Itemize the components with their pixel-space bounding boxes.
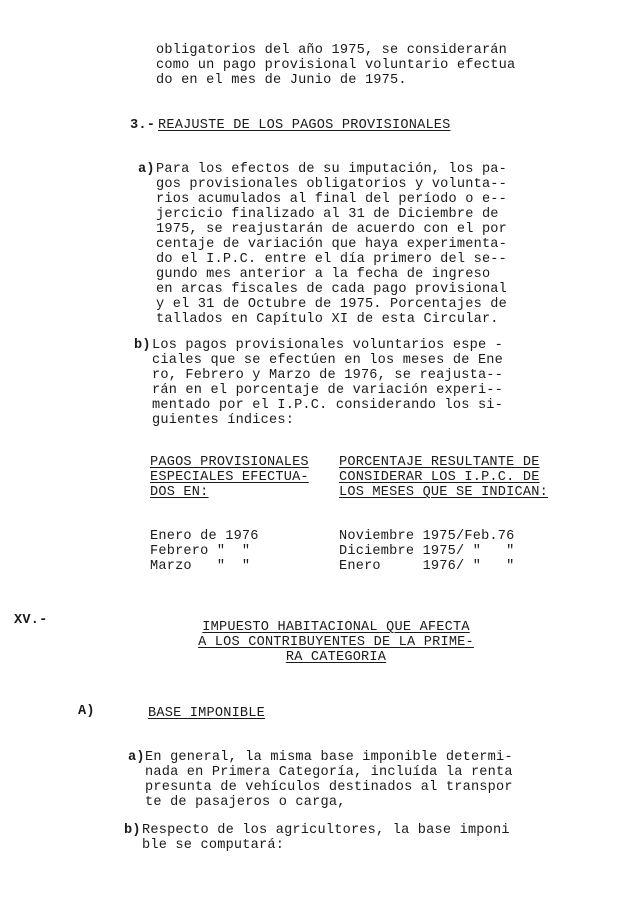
text-line: obligatorios del año 1975, se considerar…	[156, 43, 515, 58]
item-b-paragraph: Los pagos provisionales voluntarios espe…	[152, 338, 503, 428]
text-line: En general, la misma base imponible dete…	[145, 750, 513, 765]
text-line: rán en el porcentaje de variación experi…	[152, 383, 503, 398]
header-line: CONSIDERAR LOS I.P.C. DE	[339, 470, 548, 485]
text-line: ro, Febrero y Marzo de 1976, se reajusta…	[152, 368, 503, 383]
text-line: Respecto de los agricultores, la base im…	[142, 823, 510, 838]
text-line: Los pagos provisionales voluntarios espe…	[152, 338, 503, 353]
table-cell: Noviembre 1975/Feb.76	[339, 529, 515, 544]
table-header-left: PAGOS PROVISIONALES ESPECIALES EFECTUA- …	[150, 455, 309, 500]
title-line: IMPUESTO HABITACIONAL QUE AFECTA	[194, 620, 478, 635]
text-line: rios acumulados al final del período o e…	[156, 192, 507, 207]
section-xv-number: XV.-	[14, 613, 47, 628]
text-line: do el I.P.C. entre el día primero del se…	[156, 252, 507, 267]
text-line: do en el mes de Junio de 1975.	[156, 73, 515, 88]
continuation-paragraph: obligatorios del año 1975, se considerar…	[156, 43, 515, 88]
base-item-a-marker: a)	[128, 750, 145, 765]
table-cell: Enero 1976/ " "	[339, 559, 515, 574]
text-line: en arcas fiscales de cada pago provision…	[156, 282, 507, 297]
subsection-a-marker: A)	[78, 704, 95, 719]
section-3-number: 3.-	[130, 118, 155, 133]
text-line: te de pasajeros o carga,	[145, 795, 513, 810]
table-column-left: Enero de 1976 Febrero " " Marzo " "	[150, 529, 259, 574]
text-line: ciales que se efectúen en los meses de E…	[152, 353, 503, 368]
text-line: centaje de variación que haya experiment…	[156, 237, 507, 252]
header-line: PORCENTAJE RESULTANTE DE	[339, 455, 548, 470]
text-line: nada en Primera Categoría, incluída la r…	[145, 765, 513, 780]
table-cell: Diciembre 1975/ " "	[339, 544, 515, 559]
text-line: jercicio finalizado al 31 de Diciembre d…	[156, 207, 507, 222]
table-column-right: Noviembre 1975/Feb.76 Diciembre 1975/ " …	[339, 529, 515, 574]
subsection-a-title: BASE IMPONIBLE	[148, 706, 265, 721]
header-line: LOS MESES QUE SE INDICAN:	[339, 485, 548, 500]
item-b-marker: b)	[134, 338, 151, 353]
title-line: RA CATEGORIA	[194, 650, 478, 665]
table-header-right: PORCENTAJE RESULTANTE DE CONSIDERAR LOS …	[339, 455, 548, 500]
table-cell: Febrero " "	[150, 544, 259, 559]
section-xv-title: IMPUESTO HABITACIONAL QUE AFECTA A LOS C…	[194, 620, 478, 665]
text-line: Para los efectos de su imputación, los p…	[156, 162, 507, 177]
base-item-b-paragraph: Respecto de los agricultores, la base im…	[142, 823, 510, 853]
text-line: presunta de vehículos destinados al tran…	[145, 780, 513, 795]
header-line: ESPECIALES EFECTUA-	[150, 470, 309, 485]
item-a-paragraph: Para los efectos de su imputación, los p…	[156, 162, 507, 327]
header-line: PAGOS PROVISIONALES	[150, 455, 309, 470]
table-cell: Enero de 1976	[150, 529, 259, 544]
text-line: 1975, se reajustarán de acuerdo con el p…	[156, 222, 507, 237]
text-line: gundo mes anterior a la fecha de ingreso	[156, 267, 507, 282]
section-3-title: REAJUSTE DE LOS PAGOS PROVISIONALES	[158, 118, 451, 133]
text-line: ble se computará:	[142, 838, 510, 853]
text-line: como un pago provisional voluntario efec…	[156, 58, 515, 73]
text-line: guientes índices:	[152, 413, 503, 428]
text-line: y el 31 de Octubre de 1975. Porcentajes …	[156, 297, 507, 312]
base-item-b-marker: b)	[124, 823, 141, 838]
header-line: DOS EN:	[150, 485, 309, 500]
text-line: gos provisionales obligatorios y volunta…	[156, 177, 507, 192]
item-a-marker: a)	[138, 162, 155, 177]
table-cell: Marzo " "	[150, 559, 259, 574]
text-line: mentado por el I.P.C. considerando los s…	[152, 398, 503, 413]
title-line: A LOS CONTRIBUYENTES DE LA PRIME-	[194, 635, 478, 650]
base-item-a-paragraph: En general, la misma base imponible dete…	[145, 750, 513, 810]
text-line: tallados en Capítulo XI de esta Circular…	[156, 312, 507, 327]
